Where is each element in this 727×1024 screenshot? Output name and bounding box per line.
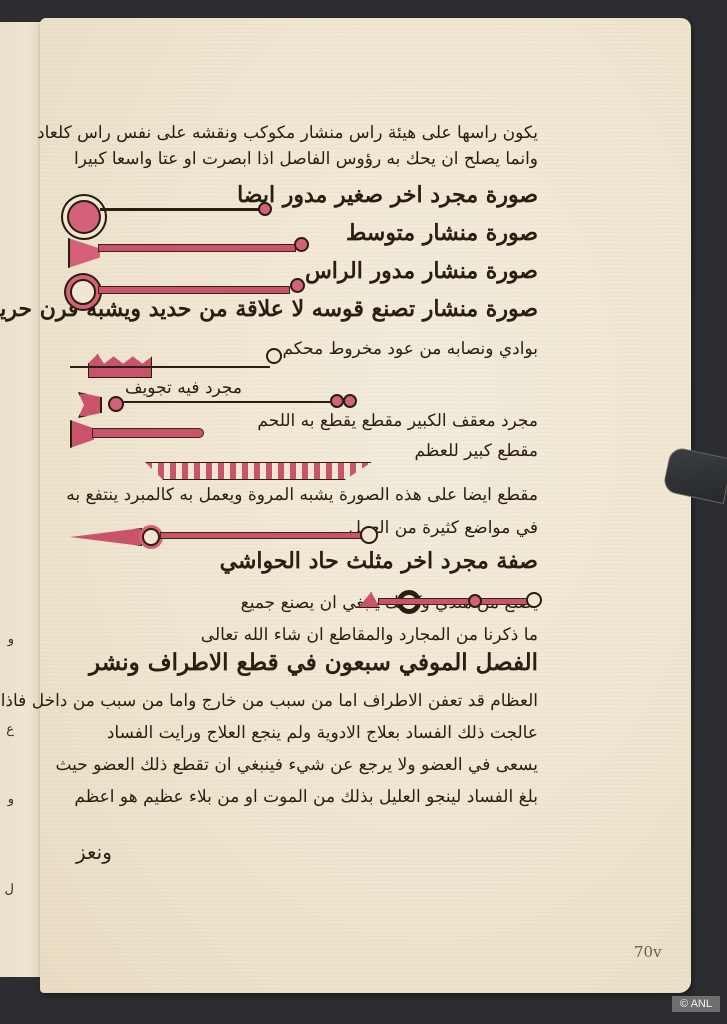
text-line: عالجت ذلك الفساد بعلاج الادوية ولم ينجع … [107, 722, 538, 744]
text-line: وانما يصلح ان يحك به رؤوس الفاصل اذا ابص… [74, 148, 538, 170]
copyright-badge: © ANL [672, 996, 720, 1012]
text-line: صورة مجرد اخر صغير مدور ايضا [237, 184, 538, 206]
instrument-tip-icon [290, 278, 305, 293]
text-line: بوادي ونصابه من عود مخروط محكم [282, 338, 538, 360]
text-line: مجرد فيه تجويف [125, 377, 242, 399]
instrument-shaft [70, 366, 270, 368]
instrument-tip-icon [526, 592, 542, 608]
instrument-tip-icon [258, 202, 272, 216]
instrument-joint-icon [468, 594, 482, 608]
instrument-tip-icon [343, 394, 357, 408]
instrument-head-icon [67, 200, 101, 234]
instrument-joint-icon [108, 396, 124, 412]
facing-page-text: و [0, 792, 14, 807]
instrument-joint-icon [142, 528, 160, 546]
instrument-shaft [378, 598, 530, 605]
instrument-shaft [98, 244, 296, 252]
facing-page-text: و [0, 632, 14, 647]
instrument-tip-icon [294, 237, 309, 252]
text-line: صورة منشار متوسط [346, 222, 538, 244]
facing-page: و ع و ل [0, 22, 45, 977]
text-line: بلغ الفساد لينجو العليل بذلك من الموت او… [74, 786, 538, 808]
chapter-heading: الفصل الموفي سبعون في قطع الاطراف ونشر [89, 652, 538, 674]
text-line: مقطع كبير للعظم [414, 440, 538, 462]
instrument-tip-icon [360, 526, 378, 544]
text-line: ما ذكرنا من المجارد والمقاطع ان شاء الله… [201, 624, 538, 646]
instrument-shaft [160, 532, 362, 539]
folio-number: 70v [634, 943, 662, 961]
text-line: صورة منشار مدور الراس [305, 260, 538, 282]
instrument-shaft [92, 428, 204, 438]
instrument-tip-icon [266, 348, 282, 364]
instrument-shaft [100, 208, 260, 211]
instrument-head-icon [70, 279, 96, 305]
text-line: يسعى في العضو ولا يرجع عن شيء فينبغي ان … [55, 754, 538, 776]
catchword: ونعز [76, 840, 112, 864]
bone-cutter-blade-icon [145, 462, 372, 480]
text-line: مجرد معقف الكبير مقطع يقطع به اللحم [257, 410, 538, 432]
facing-page-text: ل [0, 882, 14, 897]
text-line: العظام قد تعفن الاطراف اما من سبب من خار… [1, 690, 538, 712]
instrument-shaft [98, 286, 290, 294]
text-line: صفة مجرد اخر مثلث حاد الحواشي [220, 550, 538, 572]
instrument-shaft [122, 401, 332, 403]
text-line: يكون راسها على هيئة راس منشار مكوكب ونقش… [37, 122, 538, 144]
instrument-tip-icon [330, 394, 344, 408]
text-line: مقطع ايضا على هذه الصورة يشبه المروة ويع… [66, 484, 538, 506]
facing-page-text: ع [0, 722, 14, 737]
